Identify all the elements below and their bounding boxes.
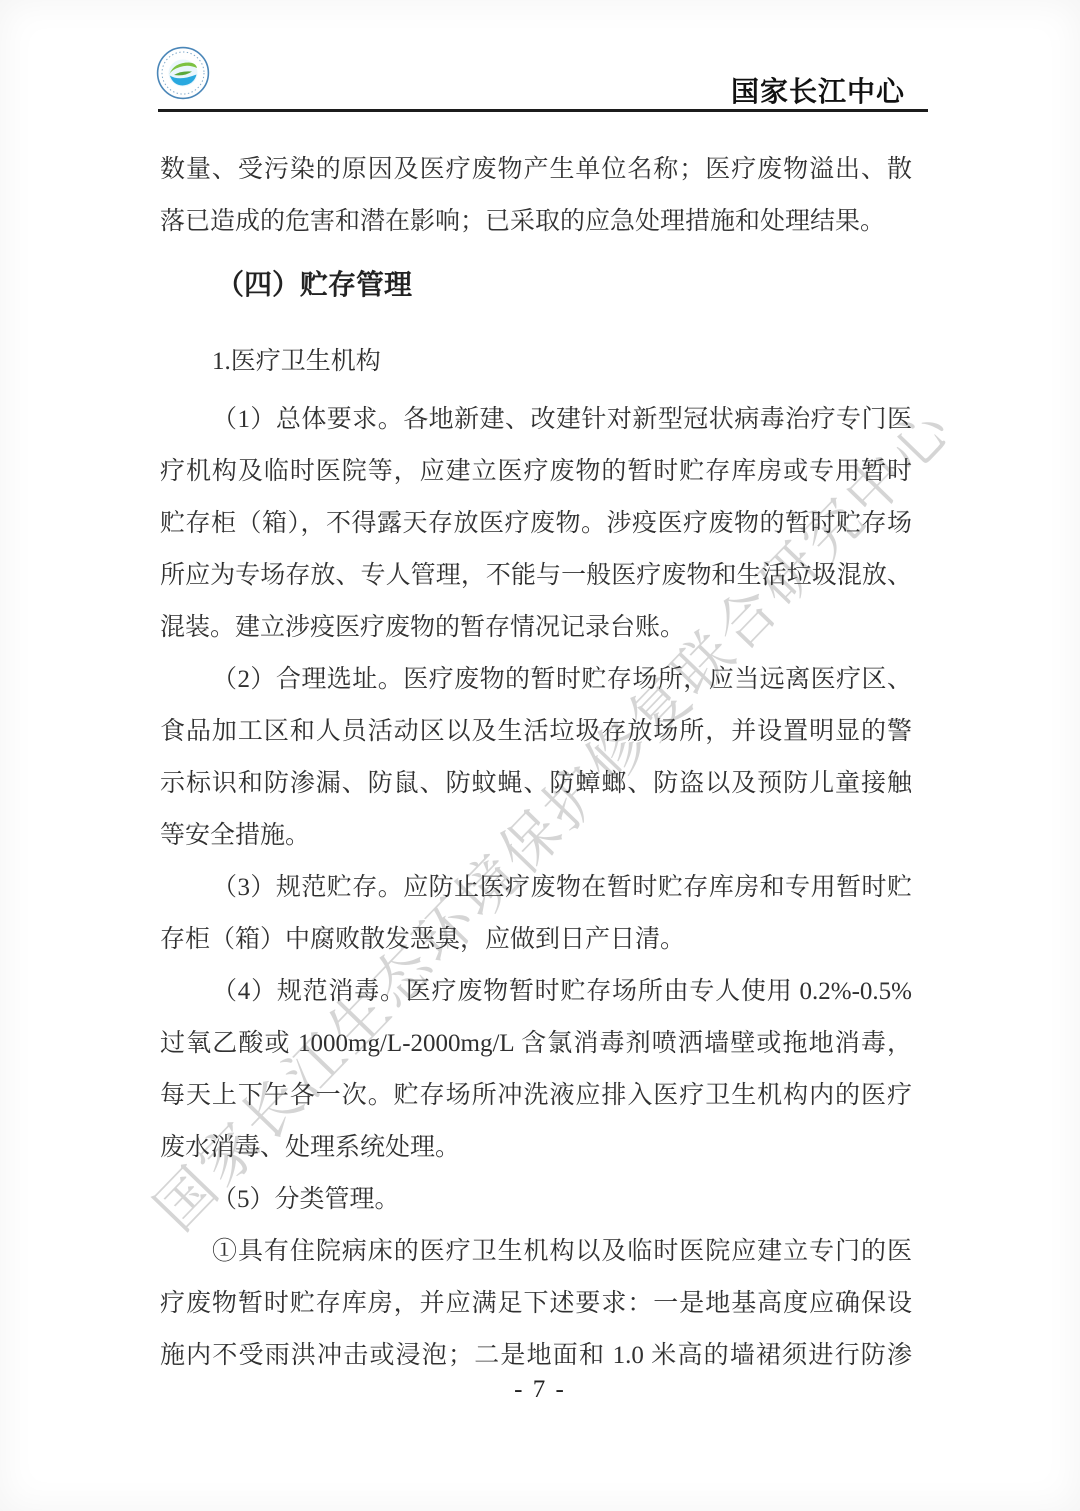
text-line: 施内不受雨洪冲击或浸泡；二是地面和 1.0 米高的墙裙须进行防渗 [160, 1330, 912, 1382]
text-line: 所应为专场存放、专人管理，不能与一般医疗废物和生活垃圾混放、 [160, 550, 912, 602]
text-line: 疗废物暂时贮存库房，并应满足下述要求：一是地基高度应确保设 [160, 1278, 912, 1330]
text-line: 每天上下午各一次。贮存场所冲洗液应排入医疗卫生机构内的医疗 [160, 1070, 912, 1122]
text-line: 贮存柜（箱），不得露天存放医疗废物。涉疫医疗废物的暂时贮存场 [160, 498, 912, 550]
text-line: （5）分类管理。 [160, 1174, 912, 1226]
text-line: 废水消毒、处理系统处理。 [160, 1122, 912, 1174]
text-line: 等安全措施。 [160, 810, 912, 862]
text-line: 存柜（箱）中腐败散发恶臭，应做到日产日清。 [160, 914, 912, 966]
page-number: - 7 - [514, 1376, 566, 1403]
text-line: 过氧乙酸或 1000mg/L-2000mg/L 含氯消毒剂喷洒墙壁或拖地消毒， [160, 1018, 912, 1070]
section-heading: （四）贮存管理 [160, 260, 912, 312]
text-line: ①具有住院病床的医疗卫生机构以及临时医院应建立专门的医 [160, 1226, 912, 1278]
text-line: （1）总体要求。各地新建、改建针对新型冠状病毒治疗专门医 [160, 394, 912, 446]
text-line: （4）规范消毒。医疗废物暂时贮存场所由专人使用 0.2%-0.5% [160, 966, 912, 1018]
sub-heading: 1.医疗卫生机构 [160, 336, 912, 388]
text-line: 数量、受污染的原因及医疗废物产生单位名称；医疗废物溢出、散 [160, 144, 912, 196]
document-page: 国家长江生态环境保护修复联合研究中心 国家长江中心 数量、受污染的原因及医疗废物… [0, 0, 1080, 1511]
page-footer: - 7 - [0, 1376, 1080, 1404]
text-line: （2）合理选址。医疗废物的暂时贮存场所，应当远离医疗区、 [160, 654, 912, 706]
header-rule [158, 109, 928, 112]
text-line: （3）规范贮存。应防止医疗废物在暂时贮存库房和专用暂时贮 [160, 862, 912, 914]
org-logo-icon [156, 46, 210, 100]
header-title: 国家长江中心 [731, 70, 905, 110]
text-line: 示标识和防渗漏、防鼠、防蚊蝇、防蟑螂、防盗以及预防儿童接触 [160, 758, 912, 810]
text-line: 疗机构及临时医院等，应建立医疗废物的暂时贮存库房或专用暂时 [160, 446, 912, 498]
document-body: 数量、受污染的原因及医疗废物产生单位名称；医疗废物溢出、散落已造成的危害和潜在影… [160, 128, 912, 1382]
text-line: 混装。建立涉疫医疗废物的暂存情况记录台账。 [160, 602, 912, 654]
text-line: 食品加工区和人员活动区以及生活垃圾存放场所，并设置明显的警 [160, 706, 912, 758]
text-line: 落已造成的危害和潜在影响；已采取的应急处理措施和处理结果。 [160, 196, 912, 248]
